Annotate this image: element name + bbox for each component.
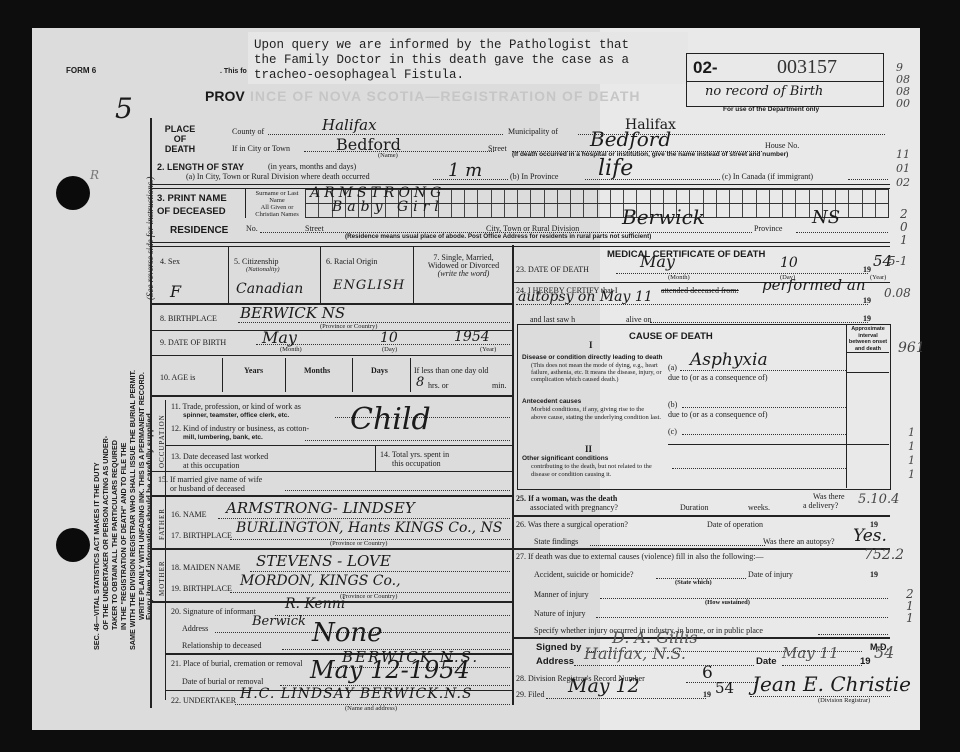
margin-codes-injury: 211	[906, 588, 914, 624]
form-title-faded: INCE OF NOVA SCOTIA—REGISTRATION OF DEAT…	[250, 88, 640, 104]
informant-address-value: Berwick	[252, 614, 306, 629]
occupation-value: Child	[350, 402, 431, 437]
typed-note-line: the Family Doctor in this death gave the…	[254, 53, 688, 68]
given-names-value: Baby Girl	[332, 199, 444, 215]
department-label: For use of the Department only	[723, 106, 819, 113]
relationship-value: None	[312, 618, 383, 648]
certificate-year-value: 54	[874, 643, 894, 662]
filed-date-value: May 12	[568, 675, 640, 697]
q15-label: 15. If married give name of wifeor husba…	[158, 475, 262, 493]
margin-codes-residence: 201	[900, 208, 908, 247]
margin-handwriting: 5	[115, 92, 133, 125]
typed-note-line: tracheo-oesophageal Fistula.	[254, 68, 688, 83]
statute-text: SEC. 46—VITAL STATISTICS ACT MAKES IT TH…	[92, 370, 146, 650]
typed-note-line: Upon query we are informed by the Pathol…	[254, 38, 688, 53]
q25-label: 25. If a woman, was the deathassociated …	[516, 494, 618, 512]
margin-handwriting: R	[90, 168, 99, 182]
mother-name-value: STEVENS - LOVE	[256, 552, 391, 570]
racial-origin-value: ENGLISH	[333, 278, 405, 293]
father-tab: FATHER	[158, 508, 166, 540]
certify-autopsy-value: autopsy on May 11	[518, 289, 653, 305]
sex-value: F	[170, 282, 181, 301]
department-note: no record of Birth	[705, 84, 823, 99]
certificate-date-value: May 11	[782, 644, 839, 662]
residence-province-value: NS	[812, 207, 840, 228]
registration-number: 003157	[777, 56, 837, 79]
q14-label: 14. Total yrs. spent inthis occupation	[380, 450, 449, 468]
county-value: Halifax	[322, 116, 377, 134]
father-birthplace-value: BURLINGTON, Hants KINGS Co., NS	[236, 520, 502, 536]
form-note: . This fo	[220, 68, 247, 75]
place-of-death-label: PLACEOFDEATH	[152, 124, 208, 154]
q11-label: 11. Trade, profession, or kind of work a…	[171, 402, 301, 420]
father-name-value: ARMSTRONG- LINDSEY	[226, 499, 415, 517]
punch-hole	[56, 528, 90, 562]
citizenship-value: Canadian	[236, 281, 303, 297]
delivery-label: Was therea delivery?	[803, 492, 845, 510]
interval-header: Approximate interval between onset and d…	[848, 326, 888, 352]
street-value: Bedford	[590, 127, 671, 151]
certify-value: performed an	[762, 276, 865, 294]
undertaker-value: H.C. LINDSAY BERWICK.N.S	[240, 686, 473, 702]
q13-label: 13. Date deceased last workedat this occ…	[171, 452, 268, 470]
mother-birthplace-value: MORDON, KINGS Co.,	[240, 573, 401, 589]
death-month-value: May	[640, 252, 675, 271]
mother-tab: MOTHER	[158, 560, 166, 596]
burial-date-value: May 12-1954	[310, 656, 470, 684]
filed-year-value: 54	[715, 679, 734, 697]
typed-note-slip: Upon query we are informed by the Pathol…	[248, 32, 688, 84]
margin-codes-top: 9080800	[896, 62, 916, 110]
margin-codes-mid: 110102	[896, 148, 910, 190]
autopsy-value: Yes.	[853, 526, 887, 546]
occupation-tab: OCCUPATION	[158, 414, 166, 468]
q12-label: 12. Kind of industry or business, as cot…	[171, 424, 309, 442]
stay-city-value: 1 m	[448, 160, 482, 181]
record-number-value: 6	[702, 663, 713, 683]
dob-month-value: May	[262, 328, 297, 347]
age-hours-value: 8	[416, 375, 424, 390]
margin-codes-cause: 1111	[908, 426, 915, 482]
form-number: FORM 6	[66, 66, 96, 75]
informant-signature-value: R. Kenni	[285, 596, 345, 612]
punch-hole	[56, 176, 90, 210]
registrar-signature: Jean E. Christie	[752, 672, 911, 696]
stay-province-value: life	[598, 156, 633, 181]
residence-city-value: Berwick	[622, 205, 705, 229]
dob-year-value: 1954	[454, 329, 490, 345]
form-title: PROV	[205, 88, 245, 104]
registration-prefix: 02-	[693, 58, 718, 78]
medical-certificate-title: MEDICAL CERTIFICATE OF DEATH	[607, 249, 765, 260]
death-day-value: 10	[780, 255, 798, 271]
cause-of-death-title: CAUSE OF DEATH	[629, 331, 713, 342]
dob-day-value: 10	[380, 330, 398, 346]
registration-box: 02- 003157 no record of Birth	[686, 53, 884, 107]
marital-status-label: 7. Single, Married,Widowed or Divorced(w…	[416, 254, 511, 278]
physician-address-value: Halifax, N.S.	[584, 644, 686, 663]
print-name-label: 3. PRINT NAMEOF DECEASED	[157, 192, 227, 218]
cause-a-value: Asphyxia	[690, 350, 768, 370]
birthplace-value: BERWICK NS	[240, 304, 345, 322]
